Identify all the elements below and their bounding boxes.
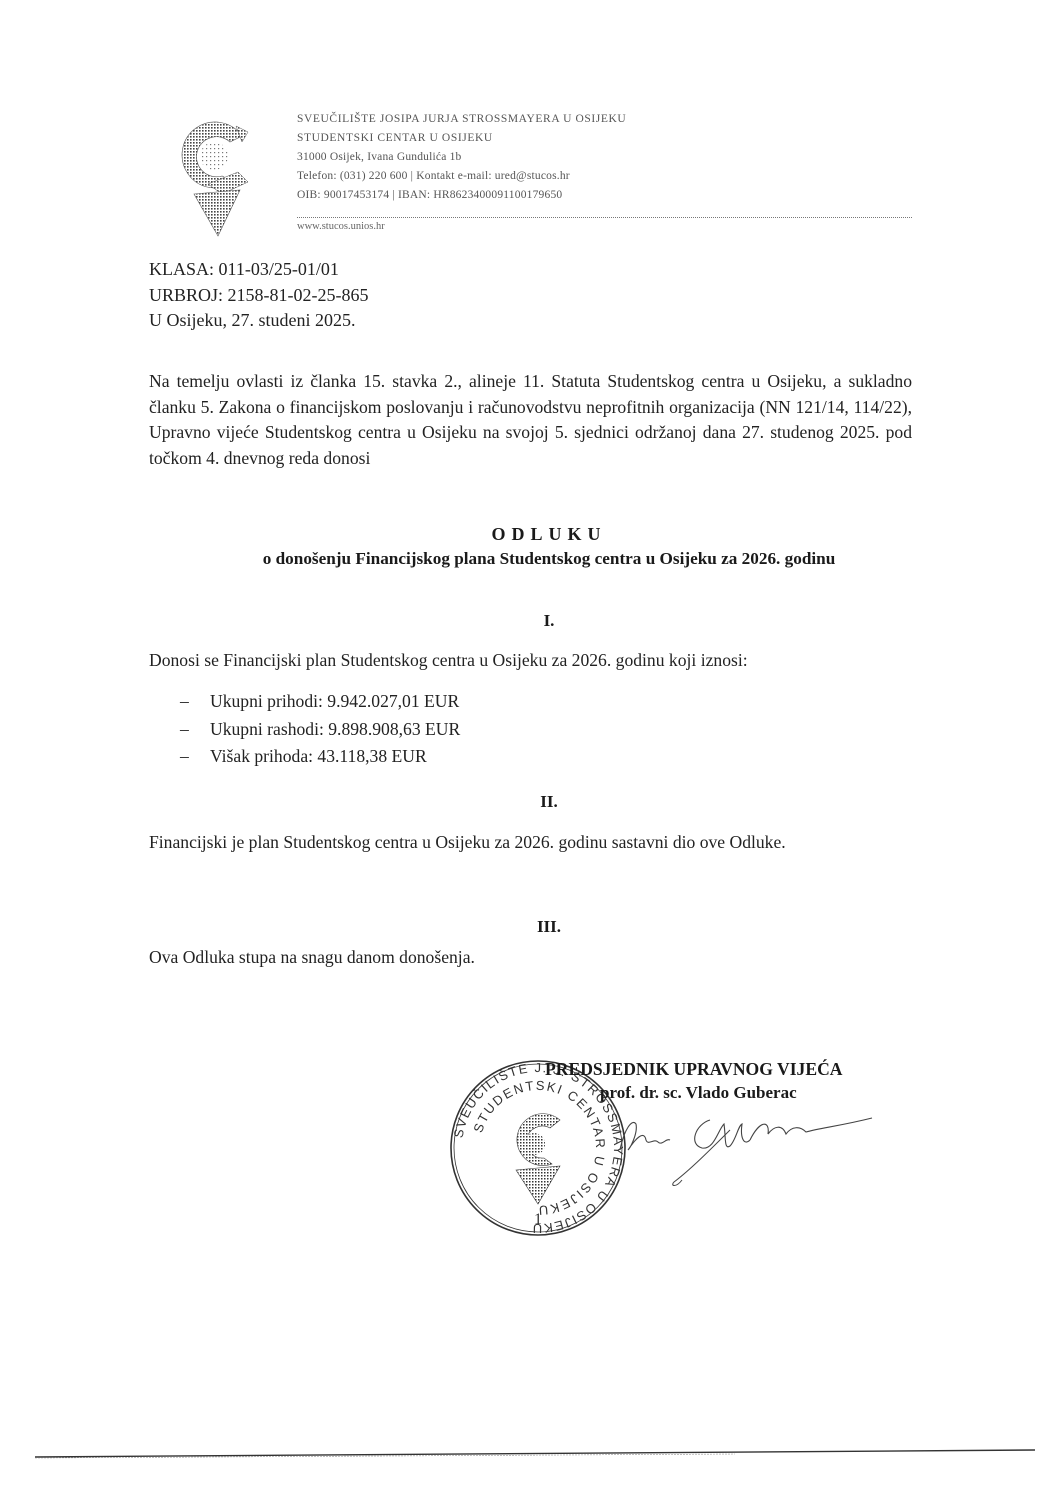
revenue-surplus: Višak prihoda: 43.118,38 EUR <box>210 746 427 766</box>
klasa: KLASA: 011-03/25-01/01 <box>149 257 369 283</box>
decision-subtitle: o donošenju Financijskog plana Studentsk… <box>0 549 1058 569</box>
scan-edge-line <box>35 1448 1035 1460</box>
place-date: U Osijeku, 27. studeni 2025. <box>149 308 369 334</box>
dash-bullet-icon: – <box>180 716 189 744</box>
section-1-text: Donosi se Financijski plan Studentskog c… <box>149 650 748 671</box>
header-divider <box>297 217 912 218</box>
institution-name: STUDENTSKI CENTAR U OSIJEKU <box>297 129 626 148</box>
university-name: SVEUČILIŠTE JOSIPA JURJA STROSSMAYERA U … <box>297 110 626 129</box>
contact-info: Telefon: (031) 220 600 | Kontakt e-mail:… <box>297 167 626 186</box>
tax-bank-ids: OIB: 90017453174 | IBAN: HR8623400091100… <box>297 186 626 205</box>
decision-title: ODLUKU <box>0 524 1058 545</box>
intro-paragraph: Na temelju ovlasti iz članka 15. stavka … <box>149 369 912 471</box>
total-expenses: Ukupni rashodi: 9.898.908,63 EUR <box>210 719 460 739</box>
section-number-2: II. <box>0 792 1058 812</box>
total-revenue: Ukupni prihodi: 9.942.027,01 EUR <box>210 691 459 711</box>
section-2-text: Financijski je plan Studentskog centra u… <box>149 832 786 853</box>
list-item: – Ukupni prihodi: 9.942.027,01 EUR <box>180 688 460 716</box>
website-link[interactable]: www.stucos.unios.hr <box>297 221 385 232</box>
section-number-3: III. <box>0 917 1058 937</box>
section-3-text: Ova Odluka stupa na snagu danom donošenj… <box>149 947 475 968</box>
dash-bullet-icon: – <box>180 688 189 716</box>
document-page: SVEUČILIŠTE JOSIPA JURJA STROSSMAYERA U … <box>0 0 1058 1496</box>
amounts-list: – Ukupni prihodi: 9.942.027,01 EUR – Uku… <box>180 688 460 771</box>
address: 31000 Osijek, Ivana Gundulića 1b <box>297 148 626 167</box>
stamp-number: 1 <box>534 1211 542 1228</box>
list-item: – Višak prihoda: 43.118,38 EUR <box>180 743 460 771</box>
dash-bullet-icon: – <box>180 743 189 771</box>
sc-logo-icon <box>178 112 258 240</box>
signatory-role: PREDSJEDNIK UPRAVNOG VIJEĆA <box>545 1059 843 1080</box>
letterhead: SVEUČILIŠTE JOSIPA JURJA STROSSMAYERA U … <box>297 110 626 205</box>
handwritten-signature-icon <box>610 1090 880 1190</box>
urbroj: URBROJ: 2158-81-02-25-865 <box>149 283 369 309</box>
reference-block: KLASA: 011-03/25-01/01 URBROJ: 2158-81-0… <box>149 257 369 334</box>
list-item: – Ukupni rashodi: 9.898.908,63 EUR <box>180 716 460 744</box>
section-number-1: I. <box>0 611 1058 631</box>
